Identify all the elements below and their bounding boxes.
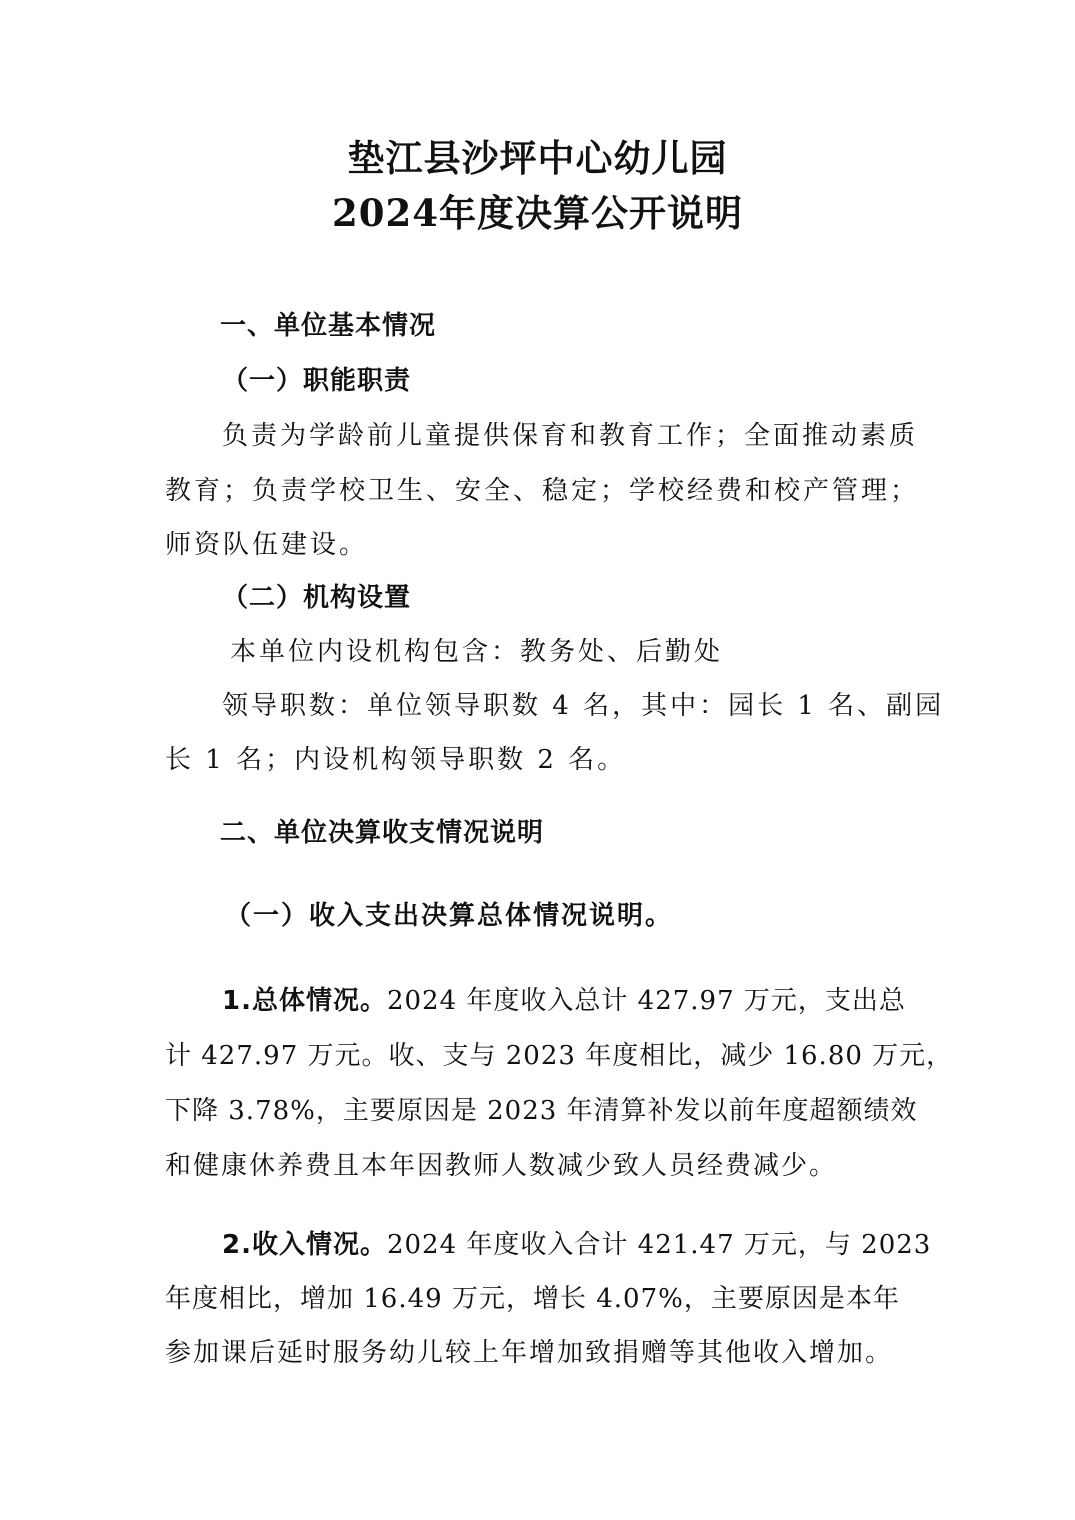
paragraph-line: 长 1 名；内设机构领导职数 2 名。: [165, 747, 626, 773]
item2-first-line: 2.收入情况。2024 年度收入合计 421.47 万元，与 2023: [222, 1232, 931, 1258]
paragraph-line: 教育；负责学校卫生、安全、稳定；学校经费和校产管理；: [165, 478, 919, 504]
document-title-line1: 垫江县沙坪中心幼儿园: [0, 140, 1075, 177]
paragraph-line: 负责为学龄前儿童提供保育和教育工作；全面推动素质: [222, 423, 918, 449]
item1-first-line: 1.总体情况。2024 年度收入总计 427.97 万元，支出总: [222, 988, 906, 1014]
paragraph-line: 计 427.97 万元。收、支与 2023 年度相比，减少 16.80 万元，: [165, 1043, 953, 1069]
section1-heading: 一、单位基本情况: [220, 313, 436, 339]
section2-sub1-heading: （一）收入支出决算总体情况说明。: [225, 903, 673, 929]
document-title-line2: 2024年度决算公开说明: [0, 195, 1075, 232]
paragraph-text: 2024 年度收入合计 421.47 万元，与 2023: [387, 1230, 931, 1260]
paragraph-line: 领导职数：单位领导职数 4 名，其中：园长 1 名、副园: [222, 693, 944, 719]
paragraph-line: 下降 3.78%，主要原因是 2023 年清算补发以前年度超额绩效: [165, 1098, 918, 1124]
item1-lead: 1.总体情况。: [222, 986, 387, 1016]
paragraph-line: 参加课后延时服务幼儿较上年增加致捐赠等其他收入增加。: [165, 1340, 893, 1366]
paragraph-text: 2024 年度收入总计 427.97 万元，支出总: [387, 986, 906, 1016]
item2-lead: 2.收入情况。: [222, 1230, 387, 1260]
section1-sub1-heading: （一）职能职责: [222, 368, 411, 394]
paragraph-line: 本单位内设机构包含：教务处、后勤处: [230, 639, 723, 665]
paragraph-line: 年度相比，增加 16.49 万元，增长 4.07%，主要原因是本年: [165, 1286, 900, 1312]
paragraph-line: 和健康休养费且本年因教师人数减少致人员经费减少。: [165, 1153, 837, 1179]
section1-sub2-heading: （二）机构设置: [222, 585, 411, 611]
paragraph-line: 师资队伍建设。: [165, 532, 368, 558]
section2-heading: 二、单位决算收支情况说明: [220, 820, 544, 846]
